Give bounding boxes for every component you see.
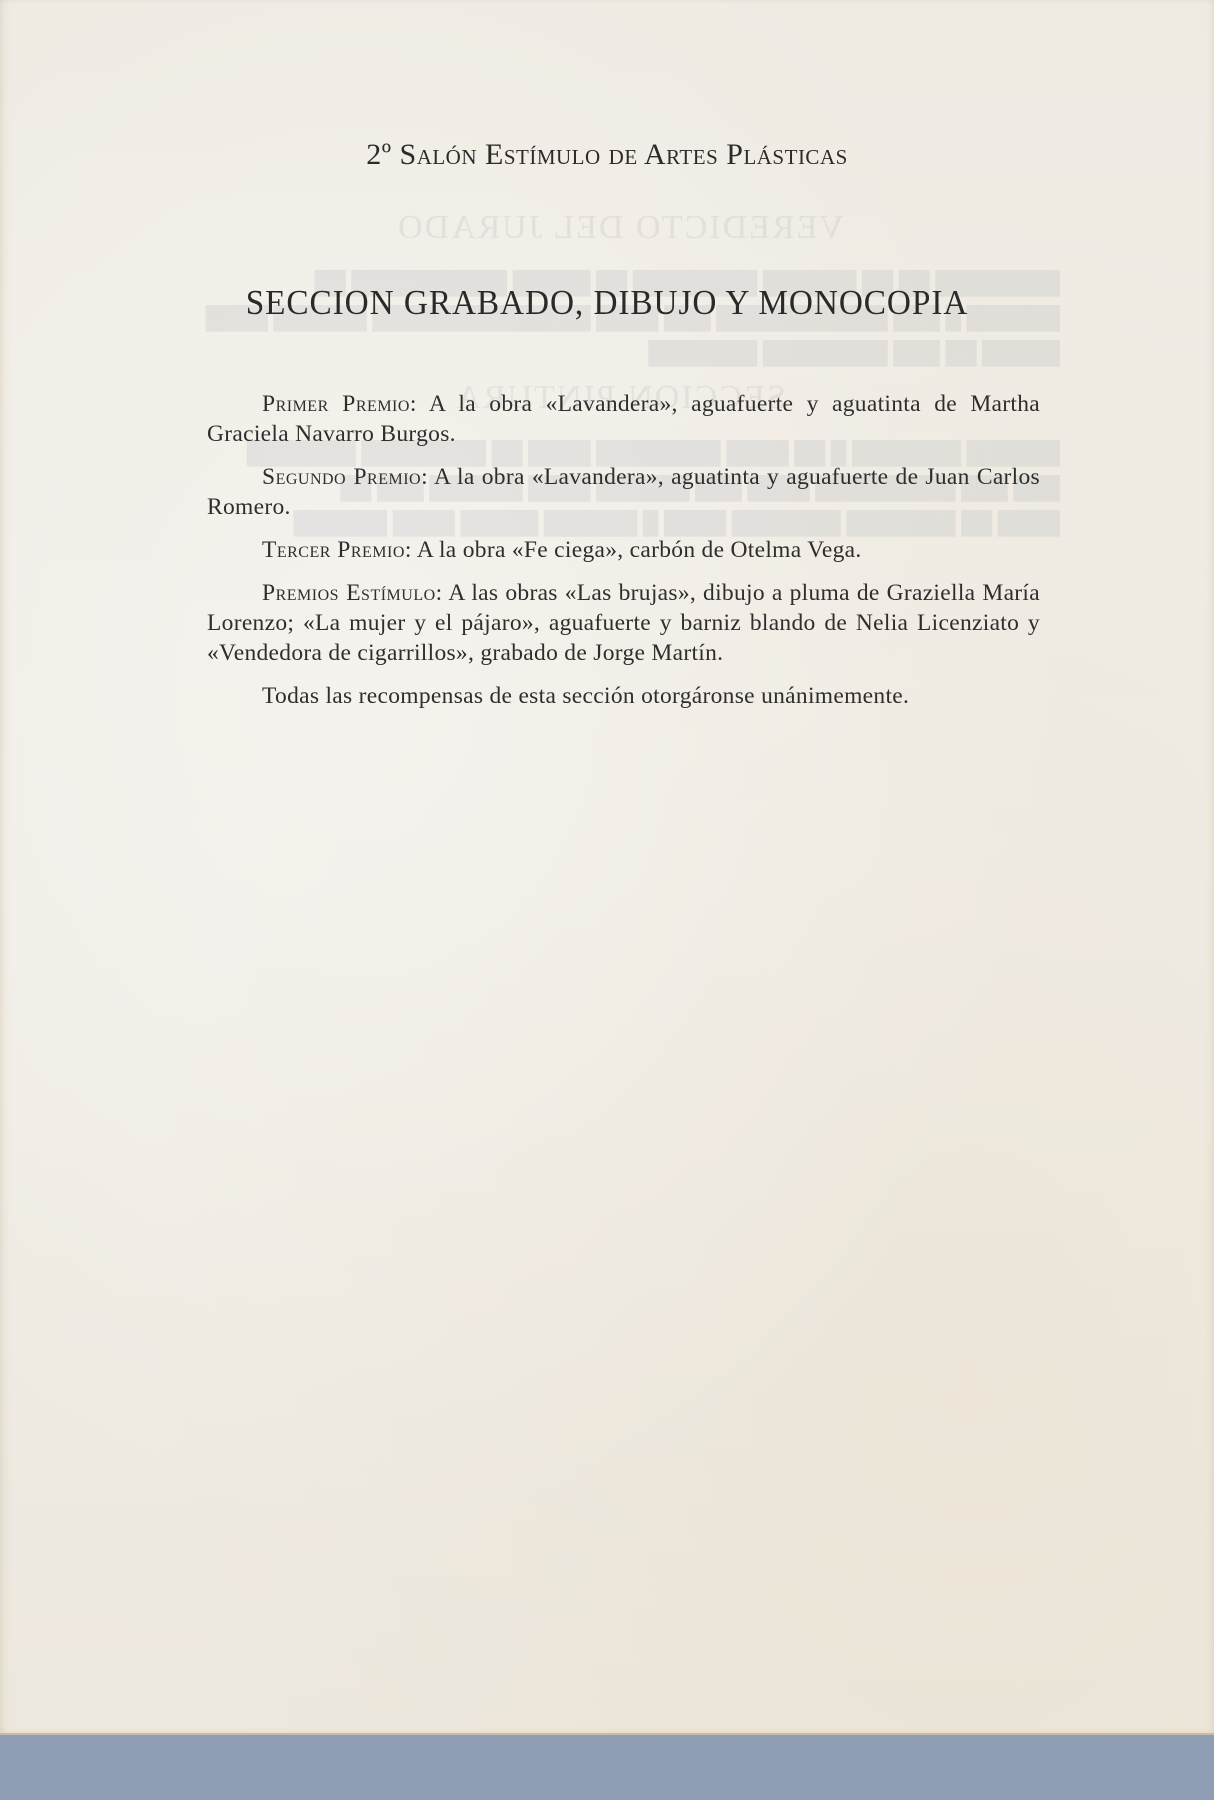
award-paragraph-stimulus-prizes: Premios Estímulo: A las obras «Las bruja…: [207, 578, 1040, 668]
award-text: A la obra «Fe ciega», carbón de Otelma V…: [412, 537, 862, 563]
closing-note: Todas las recompensas de esta sección ot…: [207, 681, 1040, 711]
scan-background: [0, 1735, 1214, 1800]
award-label: Segundo Premio:: [262, 464, 428, 490]
award-paragraph-third-prize: Tercer Premio: A la obra «Fe ciega», car…: [207, 535, 1040, 565]
award-paragraph-second-prize: Segundo Premio: A la obra «Lavandera», a…: [207, 462, 1040, 522]
award-label: Premios Estímulo:: [262, 580, 443, 606]
closing-text: Todas las recompensas de esta sección ot…: [262, 683, 909, 709]
award-paragraph-first-prize: Primer Premio: A la obra «Lavandera», ag…: [207, 389, 1040, 449]
document-page: VEREDICTO DEL JURADO ████████ ██ ██ ████…: [0, 0, 1214, 1735]
award-label: Tercer Premio:: [262, 537, 412, 563]
award-label: Primer Premio:: [262, 391, 417, 417]
section-title: SECCION GRABADO, DIBUJO Y MONOCOPIA: [30, 283, 1183, 323]
award-list: Primer Premio: A la obra «Lavandera», ag…: [207, 389, 1040, 724]
running-head: 2º Salón Estímulo de Artes Plásticas: [0, 138, 1214, 172]
